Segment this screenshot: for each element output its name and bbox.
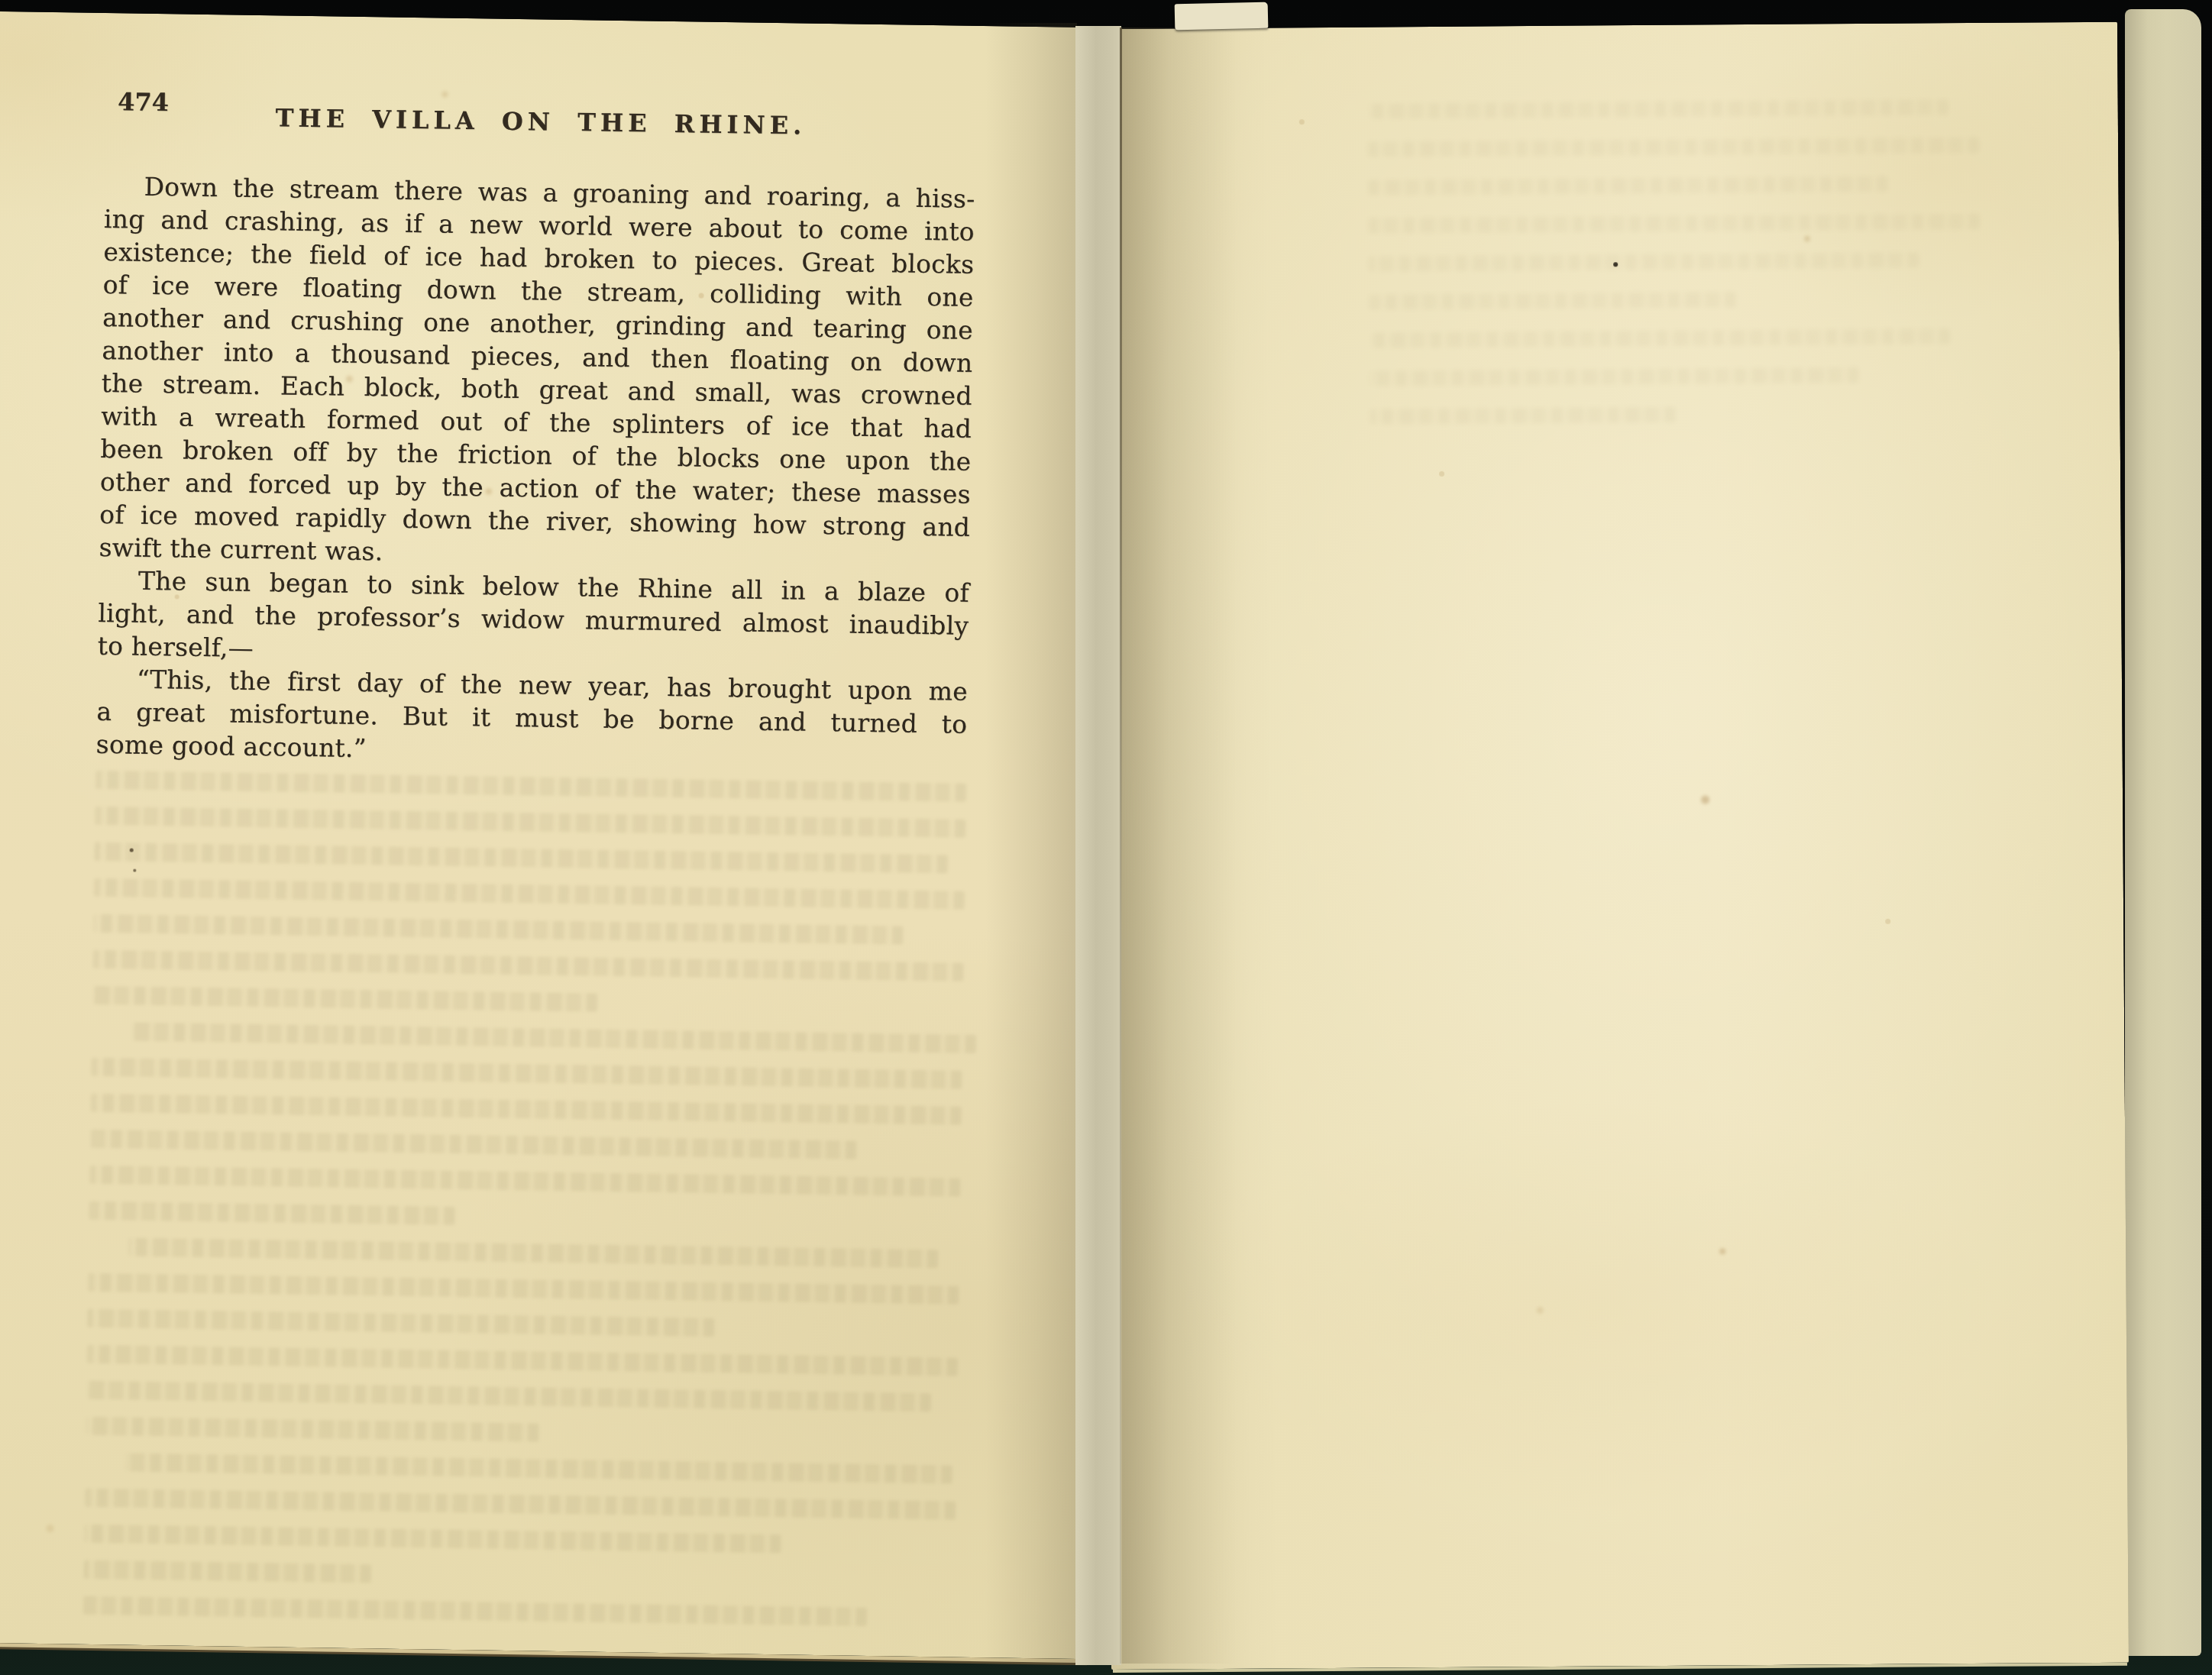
- bleedthrough-line: [95, 771, 966, 802]
- foxing-spot: [486, 488, 492, 494]
- foxing-spot: [441, 91, 448, 97]
- foxing-spot: [1439, 471, 1444, 477]
- bleedthrough-line: [1369, 214, 1980, 234]
- left-page: 474 THE VILLA ON THE RHINE. Down the str…: [0, 11, 1115, 1659]
- bleedthrough-line: [1368, 176, 1887, 196]
- bleedthrough-line: [128, 1238, 938, 1269]
- bleedthrough-line: [92, 950, 963, 981]
- foxing-spot: [46, 1525, 53, 1532]
- bleedthrough-line: [85, 1489, 956, 1520]
- bleedthrough-line: [84, 1560, 372, 1583]
- page-text: Down the stream there was a groaning and…: [95, 170, 975, 774]
- bleedthrough-text: [1368, 99, 1981, 448]
- foxing-spot: [130, 849, 134, 852]
- foxing-spot: [1885, 919, 1890, 924]
- foxing-spot: [1299, 119, 1305, 124]
- gutter-shadow: [985, 23, 1077, 1665]
- right-page: [1100, 22, 2129, 1670]
- bleedthrough-line: [125, 1453, 952, 1484]
- bleedthrough-line: [86, 1417, 538, 1442]
- bleedthrough-line: [84, 1525, 781, 1554]
- page-number: 474: [118, 87, 169, 117]
- bleedthrough-line: [1370, 328, 1950, 348]
- left-page-content: 474 THE VILLA ON THE RHINE. Down the str…: [95, 13, 977, 774]
- under-page-edge: [2125, 9, 2201, 1656]
- page-header: 474 THE VILLA ON THE RHINE.: [105, 101, 976, 146]
- foxing-spot: [133, 869, 136, 872]
- gutter-shadow: [1122, 27, 1237, 1664]
- bleedthrough-line: [1369, 292, 1735, 309]
- bleedthrough-line: [83, 1596, 867, 1626]
- running-head: THE VILLA ON THE RHINE.: [105, 101, 976, 143]
- bleedthrough-line: [88, 1273, 959, 1305]
- bleedthrough-line: [1368, 137, 1979, 157]
- bleedthrough-line: [1370, 367, 1858, 386]
- foxing-spot: [175, 594, 179, 599]
- bleedthrough-line: [131, 1023, 976, 1053]
- foxing-spot: [699, 293, 704, 298]
- gutter-crack: [1120, 27, 1122, 1664]
- bleedthrough-line: [87, 1345, 958, 1376]
- bleedthrough-line: [91, 1094, 962, 1125]
- bleedthrough-line: [94, 878, 965, 910]
- bleedthrough-line: [91, 1058, 962, 1089]
- foxing-spot: [1537, 1307, 1544, 1314]
- bleedthrough-line: [86, 1381, 931, 1411]
- bleedthrough-line: [89, 1166, 960, 1197]
- bleedthrough-line: [92, 986, 597, 1012]
- gutter-fold: [1075, 26, 1121, 1665]
- foxing-spot: [346, 376, 353, 383]
- bleedthrough-text: [83, 771, 967, 1645]
- bleedthrough-line: [93, 914, 903, 945]
- bleedthrough-line: [89, 1201, 455, 1225]
- bleedthrough-line: [87, 1309, 714, 1337]
- bleedthrough-line: [1369, 253, 1919, 272]
- foxing-spot: [1719, 1248, 1725, 1254]
- foxing-spot: [1804, 236, 1810, 242]
- foxing-spot: [1701, 795, 1709, 804]
- bleedthrough-line: [95, 842, 948, 874]
- foxing-spot: [1613, 262, 1618, 267]
- torn-paper-tab: [1175, 2, 1269, 31]
- book-scan: 474 THE VILLA ON THE RHINE. Down the str…: [0, 0, 2212, 1675]
- bleedthrough-line: [90, 1130, 856, 1159]
- bleedthrough-line: [1370, 407, 1675, 425]
- bleedthrough-line: [1368, 99, 1948, 118]
- bleedthrough-line: [95, 807, 965, 838]
